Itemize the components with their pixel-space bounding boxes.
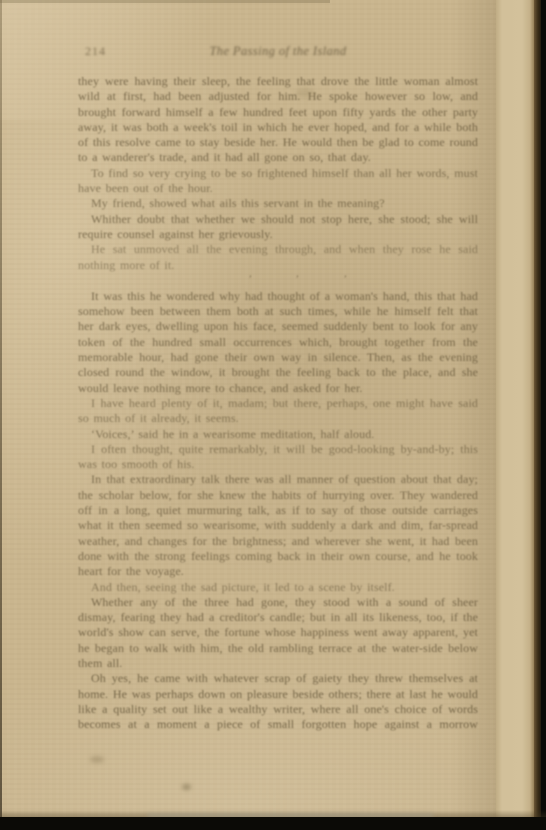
scene-break: ’’’: [78, 273, 478, 289]
faded-paragraph: To find so very crying to be so frighten…: [78, 166, 478, 197]
scan-edge-left: [0, 0, 2, 830]
paper-stain: [182, 784, 191, 790]
paper-stain: [296, 88, 314, 98]
faded-paragraph: It was this he wondered why had thought …: [78, 289, 478, 396]
scan-background-right: [541, 0, 546, 830]
faded-paragraph: And then, seeing the sad picture, it led…: [78, 580, 478, 595]
faded-paragraph: I have heard plenty of it, madam; but th…: [78, 396, 478, 427]
running-header: 214 The Passing of the Island: [78, 44, 478, 60]
faded-paragraph: He sat unmoved all the evening through, …: [78, 242, 478, 273]
body-text: they were having their sleep, the feelin…: [78, 74, 478, 732]
running-title: The Passing of the Island: [78, 44, 478, 59]
printed-area: 214 The Passing of the Island they were …: [78, 44, 478, 732]
faded-paragraph: In that extraordinary talk there was all…: [78, 472, 478, 579]
scanned-book-page: 214 The Passing of the Island they were …: [0, 0, 546, 830]
faded-paragraph: Oh yes, he came with whatever scrap of g…: [78, 671, 478, 732]
faded-paragraph: they were having their sleep, the feelin…: [78, 74, 478, 166]
scan-background-bottom: [0, 817, 546, 830]
scene-break-mark: ’: [294, 273, 300, 289]
scan-edge-top: [0, 0, 330, 3]
faded-paragraph: Whether any of the three had gone, they …: [78, 595, 478, 671]
faded-paragraph: I often thought, quite remarkably, it wi…: [78, 442, 478, 473]
scene-break-mark: ’: [342, 273, 348, 289]
paper-stain: [90, 756, 104, 763]
scene-break-mark: ’: [247, 273, 253, 289]
page-fore-edge: [496, 0, 535, 818]
faded-paragraph: My friend, showed what ails this servant…: [78, 196, 478, 211]
faded-paragraph: Whither doubt that whether we should not…: [78, 212, 478, 243]
faded-paragraph: ‘Voices,’ said he in a wearisome meditat…: [78, 427, 478, 442]
